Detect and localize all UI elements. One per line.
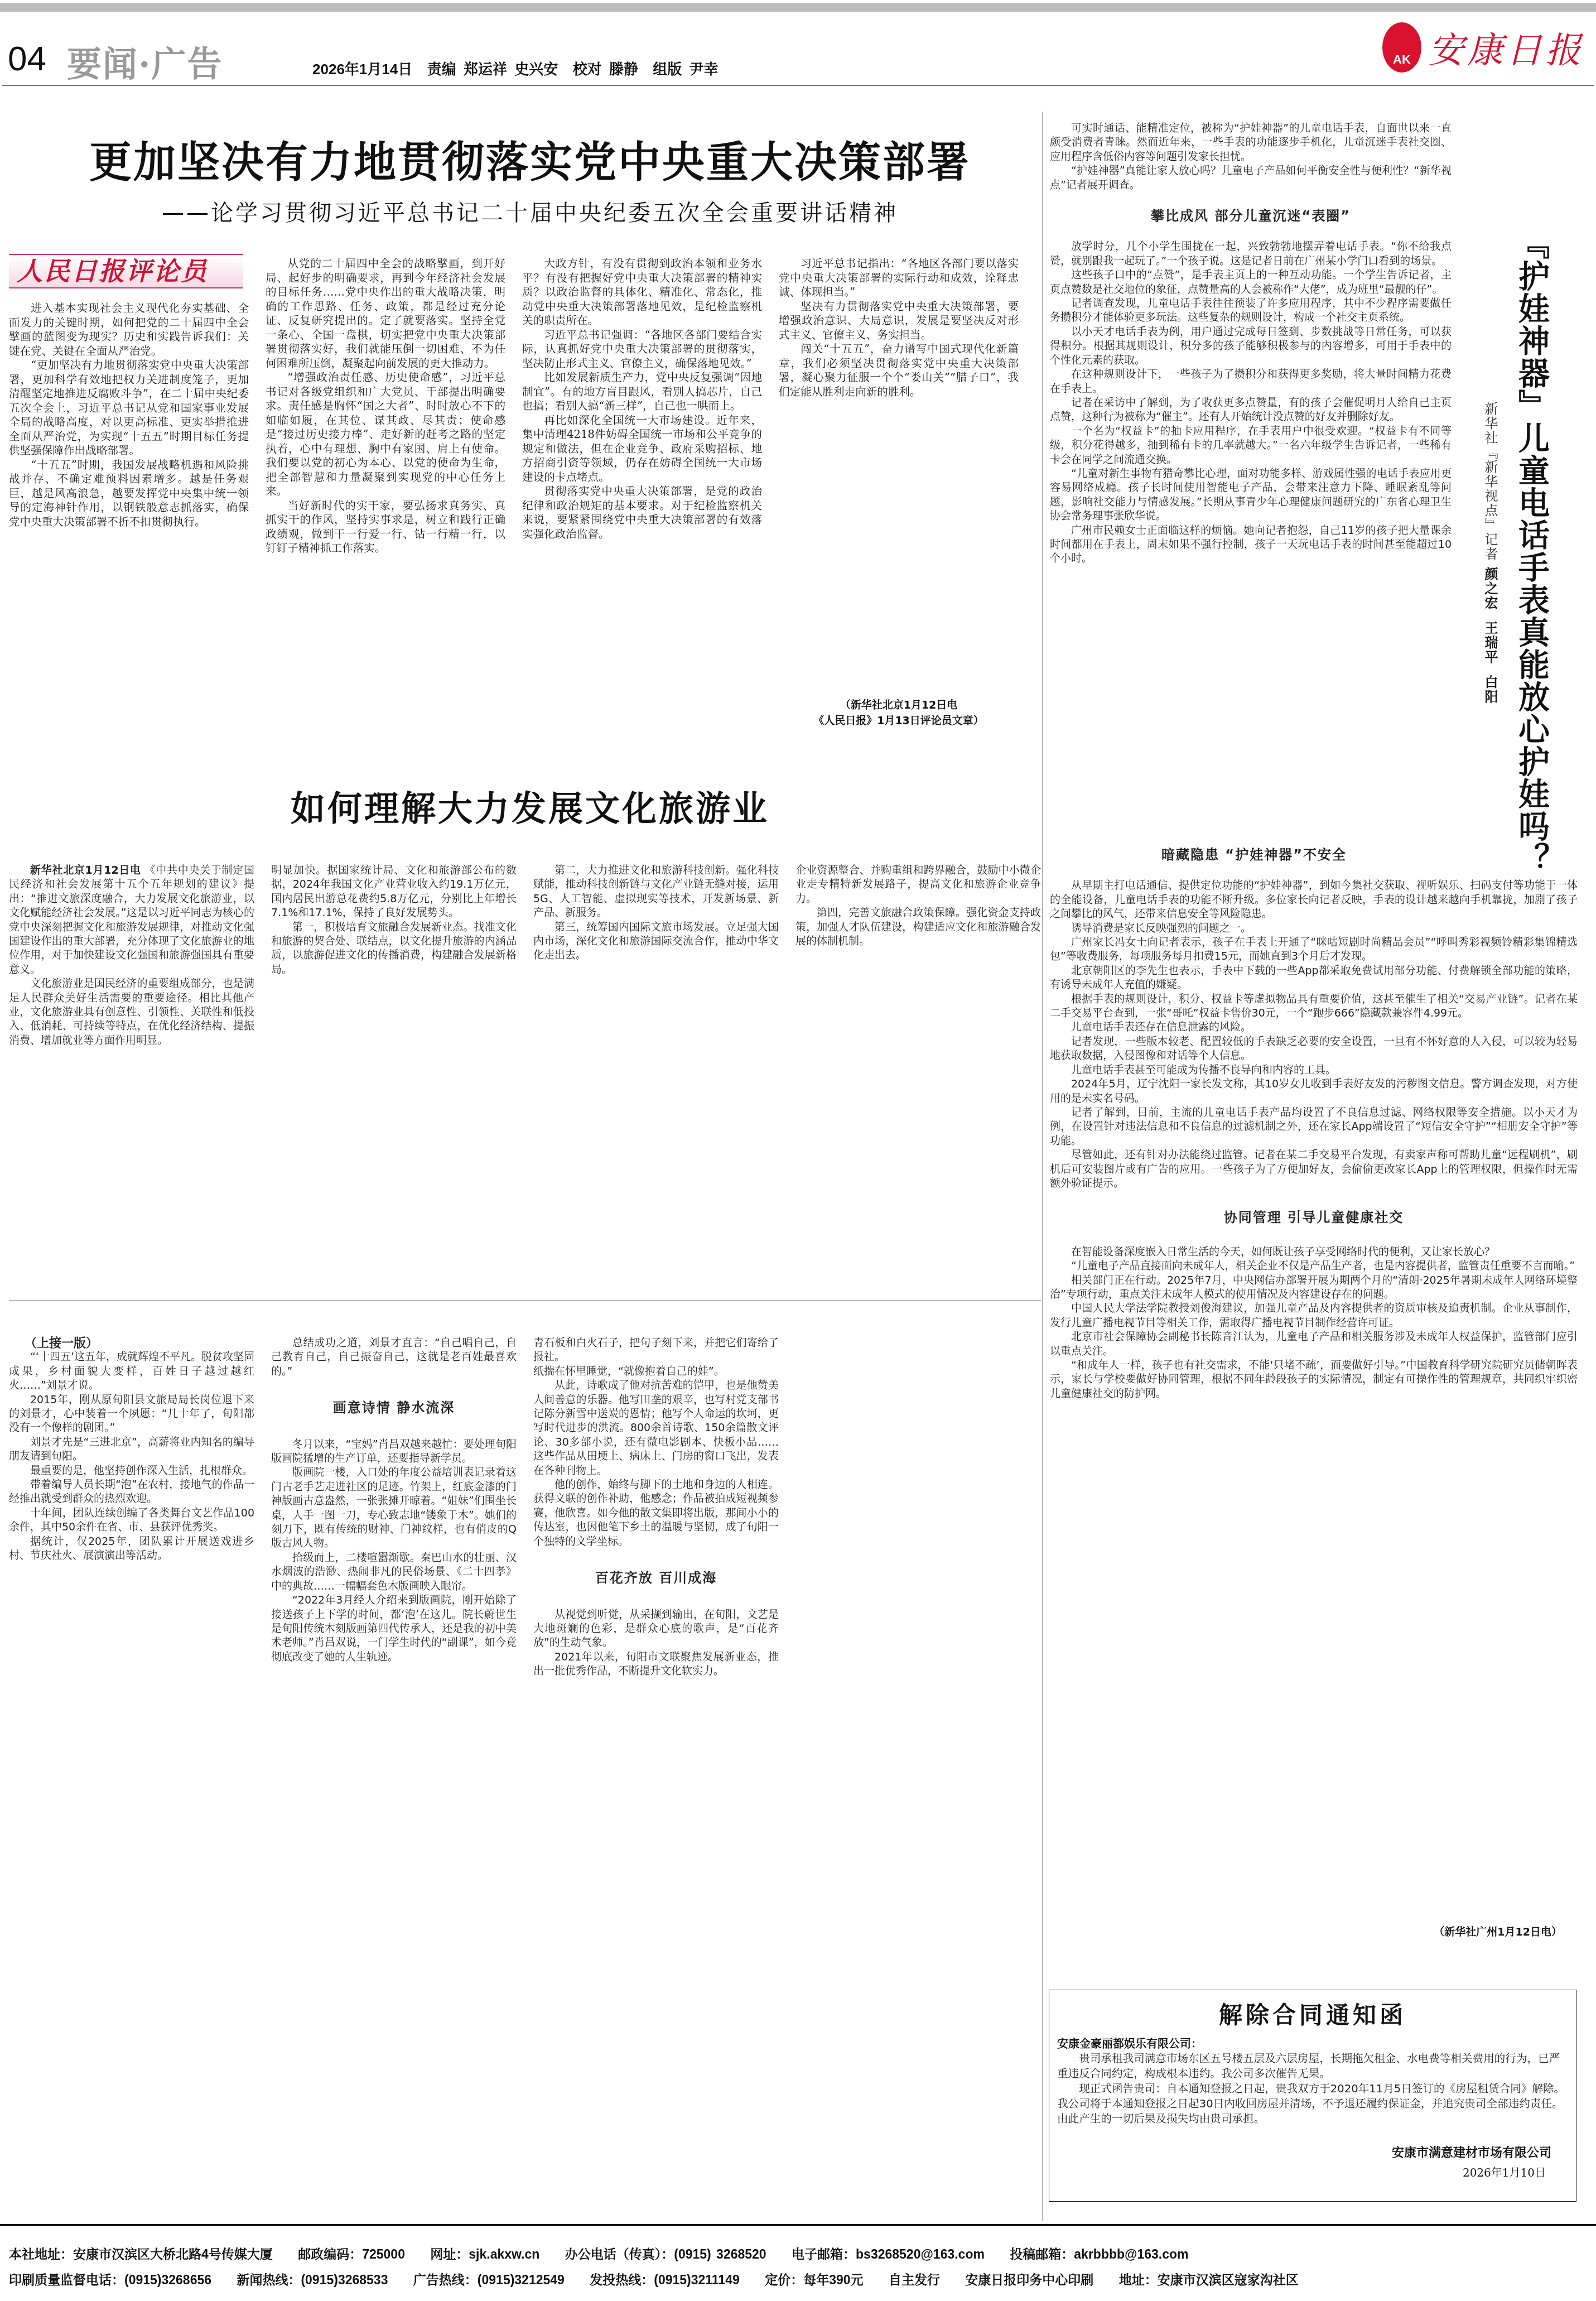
paragraph: 习近平总书记强调：“各地区各部门要结合实际，认真抓好党中央重大决策部署的贯彻落实…	[522, 328, 762, 371]
paragraph: 以小天才电话手表为例，用户通过完成每日签到、步数挑战等日常任务，可以获得积分。根…	[1050, 325, 1452, 368]
footer-printer: 安康日报印务中心印刷	[965, 2273, 1093, 2287]
paragraph: “2022年3月经人介绍来到版画院，刚开始除了接送孩子上下学的时间，都‘泡’在这…	[271, 1594, 517, 1664]
footer-price: 定价：每年390元	[765, 2273, 863, 2287]
watch-dateline: （新华社广州1月12日电）	[1283, 1924, 1562, 1939]
footer-postcode: 邮政编码：725000	[298, 2247, 405, 2261]
paragraph: “‘十四五’这五年，成就辉煌不平凡。脱贫攻坚固成果，乡村面貌大变样，百姓日子越过…	[9, 1350, 254, 1393]
paragraph: 明显加快。据国家统计局、文化和旅游部公布的数据，2024年我国文化产业营业收入约…	[271, 864, 517, 921]
watch-byline: 新华社『新华视点』记者 颜之宏 王瑞平 白阳	[1481, 402, 1500, 704]
paragraph: 第三，统筹国内国际文旅市场发展。立足强大国内市场，深化文化和旅游国际交流合作，推…	[533, 921, 779, 963]
paragraph: 儿童电话手表还存在信息泄露的风险。	[1050, 1020, 1578, 1034]
reporter-name: 颜之宏	[1482, 567, 1498, 610]
paragraph: 这些孩子口中的“点赞”，是手表主页上的一种互动功能。一个学生告诉记者，主页点赞数…	[1050, 268, 1452, 297]
footer-row-2: 印刷质量监督电话：(0915)3268656 新闻热线：(0915)326853…	[9, 2270, 1593, 2288]
paragraph: 第一，积极培育文旅融合发展新业态。找准文化和旅游的契合处、联结点，以文化提升旅游…	[271, 921, 517, 978]
paragraph: 习近平总书记指出：“各地区各部门要以落实党中央重大决策部署的实际行动和成效，诠释…	[779, 257, 1019, 300]
footer-row-1: 本社地址：安康市汉滨区大桥北路4号传媒大厦 邮政编码：725000 网址：sjk…	[9, 2244, 1593, 2263]
paragraph: 当好新时代的实干家，要弘扬求真务实、真抓实干的作风，坚持实事求是，树立和践行正确…	[266, 499, 505, 556]
reporter-name: 白阳	[1482, 675, 1498, 704]
paragraph: 总结成功之道，刘景才直言：“自己唱自己，自己教育自己，自己振奋自己，这就是老百姓…	[271, 1336, 517, 1379]
paragraph: 北京朝阳区的李先生也表示，手表中下载的一些App都采取免费试用部分功能、付费解锁…	[1050, 964, 1578, 993]
paragraph: 闯关“十五五”，奋力谱写中国式现代化新篇章，我们必须坚决贯彻落实党中央重大决策部…	[779, 342, 1019, 399]
footer-printer-address: 地址：安康市汉滨区寇家沟社区	[1119, 2273, 1299, 2287]
paragraph: 2015年，刚从原旬阳县文旅局局长岗位退下来的刘景才，心中装着一个夙愿：“几十年…	[9, 1393, 254, 1436]
subhead-hidden-risks: 暗藏隐患 “护娃神器”不安全	[1050, 848, 1578, 862]
paragraph: 企业资源整合、并购重组和跨界融合，鼓励中小微企业走专精特新发展路子，提高文化和旅…	[795, 864, 1041, 906]
paragraph: 冬月以来，“宝妈”肖昌双越来越忙：要处理旬阳版画院猛增的生产订单，还要指导新学员…	[271, 1438, 517, 1466]
notice-addressee: 安康金豪丽都娱乐有限公司：	[1057, 2035, 1568, 2051]
paragraph: 一个名为“权益卡”的抽卡应用程序，在手表用户中很受欢迎。“权益卡有不同等级，积分…	[1050, 425, 1452, 467]
newspaper-logo: AK 安康日报	[1382, 20, 1596, 75]
paragraph: “儿童对新生事物有猎奇攀比心理，面对功能多样、游戏属性强的电话手表应用更容易网络…	[1050, 467, 1452, 524]
lead-dateline: （新华社北京1月12日电 《人民日报》1月13日评论员文章）	[779, 697, 1019, 729]
contract-termination-notice: 解除合同通知函 安康金豪丽都娱乐有限公司： 贵司承租我司满意市场东区五号楼五层及…	[1049, 1990, 1576, 2202]
watch-col-top: 可实时通话、能精准定位，被称为“护娃神器”的儿童电话手表，自面世以来一直颇受消费…	[1050, 122, 1452, 836]
section-divider	[9, 1300, 1041, 1301]
culture-col-3: 第二，大力推进文化和旅游科技创新。强化科技赋能，推动科技创新链与文化产业链无缝对…	[533, 864, 779, 1277]
paragraph: 《中共中央关于制定国民经济和社会发展第十五个五年规划的建议》提出：“推进文旅深度…	[9, 864, 254, 976]
culture-col-4: 企业资源整合、并购重组和跨界融合，鼓励中小微企业走专精特新发展路子，提高文化和旅…	[795, 864, 1041, 1277]
paragraph: 2021年以来，旬阳市文联聚焦发展新业态，推出一批优秀作品，不断提升文化软实力。	[533, 1650, 779, 1679]
paragraph: 文化旅游业是国民经济的重要组成部分，也是满足人民群众美好生活需要的重要途径。相比…	[9, 977, 254, 1048]
footer-ad-hotline: 广告热线：(0915)3212549	[413, 2273, 565, 2287]
watch-vertical-headline: 『护娃神器』儿童电话手表真能放心护娃吗？	[1512, 228, 1552, 875]
commentator-column-badge: 人民日报评论员	[9, 254, 243, 288]
watch-col-bottom: 暗藏隐患 “护娃神器”不安全 从早期主打电话通信、提供定位功能的“护娃神器”，到…	[1050, 843, 1578, 1958]
notice-paragraph: 现正式函告贵司：自本通知登报之日起，贵我双方于2020年11月5日签订的《房屋租…	[1057, 2081, 1568, 2126]
lead-col-4: 习近平总书记指出：“各地区各部门要以落实党中央重大决策部署的实际行动和成效，诠释…	[779, 257, 1019, 686]
paragraph: 十年间，团队连续创编了各类舞台文艺作品100余件，其中50余件在省、市、县获评优…	[9, 1506, 254, 1535]
paragraph: “增强政治责任感、历史使命感”，习近平总书记对各级党组织和广大党员、干部提出明确…	[266, 370, 505, 499]
culture-col-2: 明显加快。据国家统计局、文化和旅游部公布的数据，2024年我国文化产业营业收入约…	[271, 864, 517, 1277]
paragraph: “更加坚决有力地贯彻落实党中央重大决策部署，更加科学有效地把权力关进制度笼子，更…	[9, 358, 249, 458]
paragraph: 记者在采访中了解到，为了收获更多点赞量，有的孩子会催促明月人给自己主页点赞，这种…	[1050, 396, 1452, 425]
paragraph: 在这种规则设计下，一些孩子为了攒积分和获得更多奖励，将大量时间精力花费在手表上。	[1050, 368, 1452, 396]
subhead-hundred-flowers: 百花齐放 百川成海	[533, 1571, 779, 1585]
notice-title: 解除合同通知函	[1057, 1997, 1568, 2030]
subhead-collaborative-management: 协同管理 引导儿童健康社交	[1050, 1211, 1578, 1225]
lead-col-1: 进入基本实现社会主义现代化夯实基础、全面发力的关键时期，如何把党的二十届四中全会…	[9, 301, 249, 759]
paragraph: 比如发展新质生产力，党中央反复强调“因地制宜”。有的地方盲目跟风，看别人搞芯片，…	[522, 370, 762, 413]
editor-label: 责编	[427, 61, 456, 78]
paragraph: 广州市民赖女士正面临这样的烦恼。她向记者抱怨，自己11岁的孩子把大量课余时间都用…	[1050, 524, 1452, 566]
paragraph: “十五五”时期，我国发展战略机遇和风险挑战并存、不确定难预料因素增多。越是任务艰…	[9, 458, 249, 529]
layout-label: 组版	[653, 61, 682, 78]
layout-editor: 尹幸	[689, 61, 719, 78]
paragraph: 从早期主打电话通信、提供定位功能的“护娃神器”，到如今集社交获取、视听娱乐、扫码…	[1050, 879, 1578, 921]
logo-wordmark: 安康日报	[1428, 22, 1584, 73]
paragraph: 在智能设备深度嵌入日常生活的今天，如何既让孩子享受网络时代的便利，又让家长放心？	[1050, 1245, 1578, 1259]
lead-subheadline: ——论学习贯彻习近平总书记二十届中央纪委五次全会重要讲话精神	[0, 195, 1060, 227]
paragraph: 诱导消费是家长反映强烈的问题之一。	[1050, 922, 1578, 936]
byline-prefix: 新华社『新华视点』记者	[1482, 402, 1498, 561]
paragraph: 据统计，仅2025年，团队累计开展送戏进乡村、节庆社火、展演演出等活动。	[9, 1535, 254, 1563]
footer-address: 本社地址：安康市汉滨区大桥北路4号传媒大厦	[9, 2247, 273, 2261]
footer-website-link[interactable]: 网址：sjk.akxw.cn	[430, 2247, 539, 2261]
footer-submission-email-link[interactable]: 投稿邮箱：akrbbbb@163.com	[1010, 2247, 1188, 2261]
proofreader: 滕静	[609, 61, 638, 78]
culture-lead-dateline: 新华社北京1月12日电	[30, 864, 141, 877]
paragraph: “儿童电子产品直接面向未成年人，相关企业不仅是产品生产者，也是内容提供者，监管责…	[1050, 1259, 1578, 1273]
dateline-text: （新华社北京1月12日电	[779, 697, 1019, 713]
paragraph: 放学时分，几个小学生围拢在一起，兴致勃勃地摆弄着电话手表。“你不给我点赞，就别跟…	[1050, 240, 1452, 268]
paragraph: 第二，大力推进文化和旅游科技创新。强化科技赋能，推动科技创新链与文化产业链无缝对…	[533, 864, 779, 921]
header-rule	[2, 85, 1594, 86]
footer-news-hotline: 新闻热线：(0915)3268533	[237, 2273, 388, 2287]
paragraph: 第四，完善文旅融合政策保障。强化资金支持政策，加强人才队伍建设，构建适应文化和旅…	[795, 906, 1041, 949]
paragraph: “和成年人一样，孩子也有社交需求，不能‘只堵不疏’，而要做好引导。”中国教育科学…	[1050, 1359, 1578, 1401]
paragraph: 记者了解到，目前，主流的儿童电话手表产品均设置了不良信息过滤、网络权限等安全措施…	[1050, 1106, 1578, 1148]
notice-signatory: 安康市满意建材市场有限公司	[1057, 2143, 1568, 2160]
paragraph: 尽管如此，还有针对办法能绕过监管。记者在某二手交易平台发现，有卖家声称可帮助儿童…	[1050, 1148, 1578, 1191]
paragraph: 青石板和白火石子，把句子刻下来，并把它们寄给了报社。	[533, 1336, 779, 1365]
subhead-comparison: 攀比成风 部分儿童沉迷“表圈”	[1050, 209, 1452, 223]
paragraph: 最重要的是，他坚持创作深入生活，扎根群众。	[9, 1464, 254, 1478]
paragraph: 从视觉到听觉，从采撷到输出，在旬阳，文艺是大地斑斓的色彩，是群众心底的歌声，是“…	[533, 1608, 779, 1650]
footer-office-phone: 办公电话（传真）：(0915) 3268520	[565, 2247, 766, 2261]
xunyang-col-1: （上接一版） “‘十四五’这五年，成就辉煌不平凡。脱贫攻坚固成果，乡村面貌大变样…	[9, 1336, 254, 2218]
paragraph: 进入基本实现社会主义现代化夯实基础、全面发力的关键时期，如何把党的二十届四中全会…	[9, 301, 249, 358]
lead-col-3: 大政方针，有没有贯彻到政治本领和业务水平？有没有把握好党中央重大决策部署的精神实…	[522, 257, 762, 759]
reporter-name: 王瑞平	[1482, 621, 1498, 665]
top-gray-bar	[0, 3, 1596, 12]
paragraph: 北京市社会保障协会副秘书长陈音江认为，儿童电子产品和相关服务涉及未成年人权益保护…	[1050, 1330, 1578, 1359]
footer-rule	[0, 2224, 1596, 2226]
paragraph: 记者调查发现，儿童电话手表往往预装了许多应用程序，其中不少程序需要做任务攒积分才…	[1050, 297, 1452, 325]
paragraph: 刘景才先是“三进北京”，高薪将业内知名的编导朋友请到旬阳。	[9, 1436, 254, 1464]
paragraph: 拾级而上，二楼喧嚣渐歇。秦巴山水的壮丽、汉水烟波的浩渺、热闹非凡的民俗场景、《二…	[271, 1551, 517, 1594]
culture-col-1: 新华社北京1月12日电 《中共中央关于制定国民经济和社会发展第十五个五年规划的建…	[9, 864, 254, 1277]
paragraph: 可实时通话、能精准定位，被称为“护娃神器”的儿童电话手表，自面世以来一直颇受消费…	[1050, 122, 1452, 164]
section-title: 要闻·广告	[67, 37, 223, 86]
continued-label: （上接一版）	[9, 1336, 254, 1350]
paragraph: 贯彻落实党中央重大决策部署，是党的政治纪律和政治规矩的基本要求。对于纪检监察机关…	[522, 484, 762, 541]
lead-col-2: 从党的二十届四中全会的战略擘画，到开好局、起好步的明确要求，再到今年经济社会发展…	[266, 257, 505, 759]
source-text: 《人民日报》1月13日评论员文章）	[779, 713, 1019, 729]
notice-date: 2026年1月10日	[1057, 2164, 1568, 2180]
xunyang-col-2: 总结成功之道，刘景才直言：“自己唱自己，自己教育自己，自己振奋自己，这就是老百姓…	[271, 1336, 517, 2218]
proof-label: 校对	[573, 61, 602, 78]
paragraph: 相关部门正在行动。2025年7月，中央网信办部署开展为期两个月的“清朗·2025…	[1050, 1274, 1578, 1302]
paragraph: 2024年5月，辽宁沈阳一家长发文称，其10岁女儿收到手表好友发的污秽图文信息。…	[1050, 1077, 1578, 1106]
issue-meta: 2026年1月14日 责编 郑运祥 史兴安 校对 滕静 组版 尹幸	[312, 58, 719, 79]
footer-distribution-hotline: 发投热线：(0915)3211149	[590, 2273, 740, 2287]
editors: 郑运祥 史兴安	[464, 61, 558, 78]
column-divider	[1042, 112, 1043, 2221]
xunyang-col-4	[795, 1336, 1041, 2218]
paragraph: 再比如深化全国统一大市场建设。近年来，集中清理4218件妨碍全国统一市场和公平竞…	[522, 413, 762, 485]
page-number: 04	[8, 39, 46, 79]
lead-headline: 更加坚决有力地贯彻落实党中央重大决策部署	[0, 128, 1060, 189]
paragraph: 版画院一楼，入口处的年度公益培训表记录着这门古老手艺走进社区的足迹。竹架上，红底…	[271, 1466, 517, 1551]
paragraph: 根据手表的规则设计，积分、权益卡等虚拟物品具有重要价值，这甚至催生了相关“交易产…	[1050, 993, 1578, 1021]
footer-self-published: 自主发行	[889, 2273, 940, 2287]
paragraph: 坚决有力贯彻落实党中央重大决策部署，要增强政治意识、大局意识，发展是要坚决反对形…	[779, 300, 1019, 343]
paragraph: 纸揣在怀里睡觉，“就像抱着自己的娃”。	[533, 1365, 779, 1379]
paragraph: 从此，诗歌成了他对抗苦难的铠甲，也是他赞美人间善意的乐器。他写田垄的艰辛，也写村…	[533, 1379, 779, 1478]
paragraph: 广州家长冯女士向记者表示，孩子在手表上开通了“咪咕短剧时尚精品会员”“呼叫秀彩视…	[1050, 936, 1578, 964]
notice-paragraph: 贵司承租我司满意市场东区五号楼五层及六层房屋，长期拖欠租金、水电费等相关费用的行…	[1057, 2051, 1568, 2081]
issue-date: 2026年1月14日	[312, 61, 412, 78]
paragraph: 他的创作，始终与脚下的土地和身边的人相连。获得文联的创作补助，他感念；作品被拍成…	[533, 1478, 779, 1549]
paragraph: 带着编导人员长期“泡”在农村，接地气的作品一经推出就受到群众的热烈欢迎。	[9, 1478, 254, 1506]
paragraph: 从党的二十届四中全会的战略擘画，到开好局、起好步的明确要求，再到今年经济社会发展…	[266, 257, 505, 370]
xunyang-col-3: 青石板和白火石子，把句子刻下来，并把它们寄给了报社。 纸揣在怀里睡觉，“就像抱着…	[533, 1336, 779, 2218]
paragraph: 儿童电话手表甚至可能成为传播不良导向和内容的工具。	[1050, 1063, 1578, 1077]
paragraph: “护娃神器”真能让家人放心吗？儿童电子产品如何平衡安全性与便利性？“新华视点”记…	[1050, 164, 1452, 192]
paragraph: 中国人民大学法学院教授刘俊海建议，加强儿童产品及内容提供者的资质审核及追责机制。…	[1050, 1302, 1578, 1330]
paragraph: 记者发现，一些版本较老、配置较低的手表缺乏必要的安全设置，一旦有不怀好意的人入侵…	[1050, 1035, 1578, 1063]
footer-email-link[interactable]: 电子邮箱：bs3268520@163.com	[792, 2247, 985, 2261]
subhead-painting-poetry: 画意诗情 静水流深	[271, 1401, 517, 1415]
paragraph: 大政方针，有没有贯彻到政治本领和业务水平？有没有把握好党中央重大决策部署的精神实…	[522, 257, 762, 328]
footer-quality-phone: 印刷质量监督电话：(0915)3268656	[9, 2273, 211, 2287]
culture-headline: 如何理解大力发展文化旅游业	[0, 781, 1060, 831]
dove-logo-icon: AK	[1382, 22, 1421, 73]
